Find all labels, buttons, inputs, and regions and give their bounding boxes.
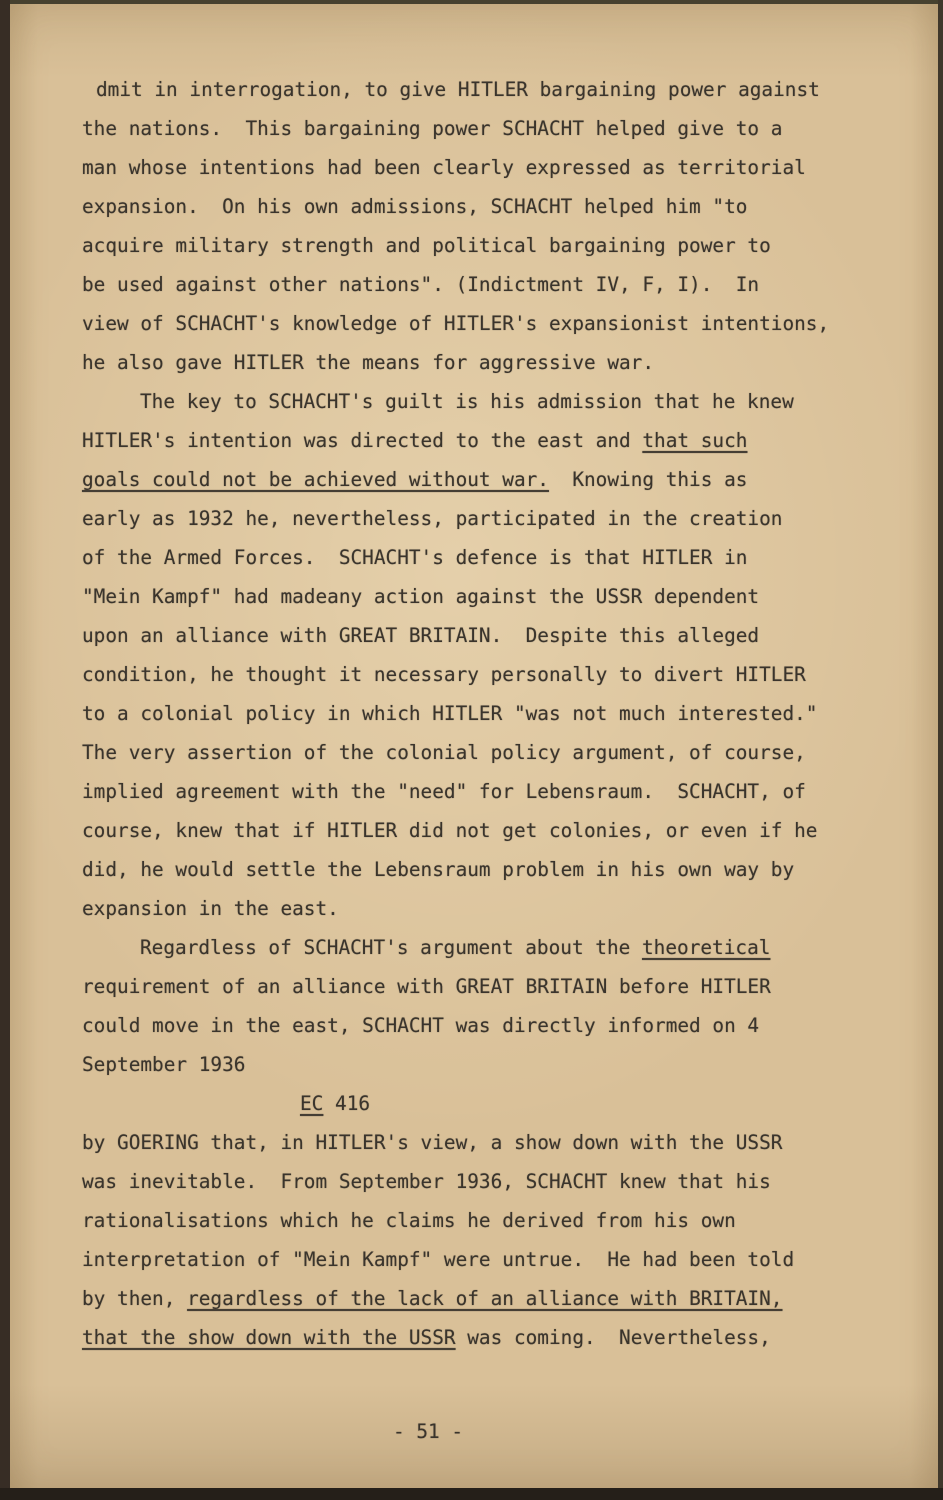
text-segment: 416 (323, 1092, 370, 1115)
text-line: condition, he thought it necessary perso… (82, 655, 918, 694)
text-segment: early as 1932 he, nevertheless, particip… (82, 507, 782, 530)
text-line: by then, regardless of the lack of an al… (82, 1279, 918, 1318)
text-segment: requirement of an alliance with GREAT BR… (82, 975, 771, 998)
text-segment: September 1936 (82, 1053, 245, 1076)
text-segment: rationalisations which he claims he deri… (82, 1209, 736, 1232)
text-line: the nations. This bargaining power SCHAC… (82, 109, 918, 148)
underlined-text: that such (642, 429, 747, 452)
typewritten-text-block: dmit in interrogation, to give HITLER ba… (10, 4, 938, 1451)
scan-edge-left (0, 0, 10, 1500)
text-line: upon an alliance with GREAT BRITAIN. Des… (82, 616, 918, 655)
underlined-text: that the show down with the USSR (82, 1326, 456, 1349)
text-segment: expansion in the east. (82, 897, 339, 920)
text-segment: interpretation of "Mein Kampf" were untr… (82, 1248, 794, 1271)
text-line: was inevitable. From September 1936, SCH… (82, 1162, 918, 1201)
text-line: The very assertion of the colonial polic… (82, 733, 918, 772)
text-segment: was coming. Nevertheless, (456, 1326, 771, 1349)
text-lines: dmit in interrogation, to give HITLER ba… (82, 70, 918, 1357)
text-line: dmit in interrogation, to give HITLER ba… (82, 70, 918, 109)
text-line: September 1936 (82, 1045, 918, 1084)
text-segment: man whose intentions had been clearly ex… (82, 156, 806, 179)
text-segment: HITLER's intention was directed to the e… (82, 429, 642, 452)
text-segment: be used against other nations". (Indictm… (82, 273, 759, 296)
scan-edge-right (938, 0, 943, 1500)
text-segment: "Mein Kampf" had madeany action against … (82, 585, 759, 608)
text-line: The key to SCHACHT's guilt is his admiss… (82, 382, 918, 421)
text-line: "Mein Kampf" had madeany action against … (82, 577, 918, 616)
underlined-text: goals could not be achieved without war. (82, 468, 549, 491)
text-segment: could move in the east, SCHACHT was dire… (82, 1014, 759, 1037)
text-segment: to a colonial policy in which HITLER "wa… (82, 702, 817, 725)
text-line: could move in the east, SCHACHT was dire… (82, 1006, 918, 1045)
underlined-text: EC (300, 1092, 323, 1115)
text-line: Regardless of SCHACHT's argument about t… (82, 928, 918, 967)
text-line: EC 416 (82, 1084, 918, 1123)
text-line: requirement of an alliance with GREAT BR… (82, 967, 918, 1006)
text-segment: by then, (82, 1287, 187, 1310)
text-line: course, knew that if HITLER did not get … (82, 811, 918, 850)
text-line: HITLER's intention was directed to the e… (82, 421, 918, 460)
text-line: by GOERING that, in HITLER's view, a sho… (82, 1123, 918, 1162)
text-line: goals could not be achieved without war.… (82, 460, 918, 499)
text-line: expansion. On his own admissions, SCHACH… (82, 187, 918, 226)
text-line: implied agreement with the "need" for Le… (82, 772, 918, 811)
scanned-page: dmit in interrogation, to give HITLER ba… (0, 0, 943, 1500)
text-segment: did, he would settle the Lebensraum prob… (82, 858, 794, 881)
scan-edge-bottom (0, 1488, 943, 1500)
text-segment: of the Armed Forces. SCHACHT's defence i… (82, 546, 747, 569)
text-segment: implied agreement with the "need" for Le… (82, 780, 806, 803)
text-segment: condition, he thought it necessary perso… (82, 663, 806, 686)
text-segment: course, knew that if HITLER did not get … (82, 819, 817, 842)
text-line: be used against other nations". (Indictm… (82, 265, 918, 304)
text-segment: upon an alliance with GREAT BRITAIN. Des… (82, 624, 759, 647)
text-segment: The very assertion of the colonial polic… (82, 741, 806, 764)
text-line: acquire military strength and political … (82, 226, 918, 265)
text-line: to a colonial policy in which HITLER "wa… (82, 694, 918, 733)
text-segment: The key to SCHACHT's guilt is his admiss… (140, 390, 794, 413)
text-line: view of SCHACHT's knowledge of HITLER's … (82, 304, 918, 343)
text-line: he also gave HITLER the means for aggres… (82, 343, 918, 382)
text-segment: by GOERING that, in HITLER's view, a sho… (82, 1131, 782, 1154)
text-segment: the nations. This bargaining power SCHAC… (82, 117, 782, 140)
text-segment: was inevitable. From September 1936, SCH… (82, 1170, 771, 1193)
text-segment: Knowing this as (549, 468, 747, 491)
text-line: that the show down with the USSR was com… (82, 1318, 918, 1357)
paper-sheet: dmit in interrogation, to give HITLER ba… (10, 4, 938, 1488)
text-segment: view of SCHACHT's knowledge of HITLER's … (82, 312, 829, 335)
text-segment: expansion. On his own admissions, SCHACH… (82, 195, 747, 218)
text-line: interpretation of "Mein Kampf" were untr… (82, 1240, 918, 1279)
underlined-text: theoretical (642, 936, 770, 959)
page-number: - 51 - (82, 1412, 918, 1451)
text-line: man whose intentions had been clearly ex… (82, 148, 918, 187)
text-line: expansion in the east. (82, 889, 918, 928)
text-line: of the Armed Forces. SCHACHT's defence i… (82, 538, 918, 577)
text-line: rationalisations which he claims he deri… (82, 1201, 918, 1240)
text-line: early as 1932 he, nevertheless, particip… (82, 499, 918, 538)
text-line: did, he would settle the Lebensraum prob… (82, 850, 918, 889)
text-segment: acquire military strength and political … (82, 234, 771, 257)
underlined-text: regardless of the lack of an alliance wi… (187, 1287, 782, 1310)
text-segment: Regardless of SCHACHT's argument about t… (140, 936, 642, 959)
text-segment: he also gave HITLER the means for aggres… (82, 351, 654, 374)
text-segment: dmit in interrogation, to give HITLER ba… (96, 78, 820, 101)
